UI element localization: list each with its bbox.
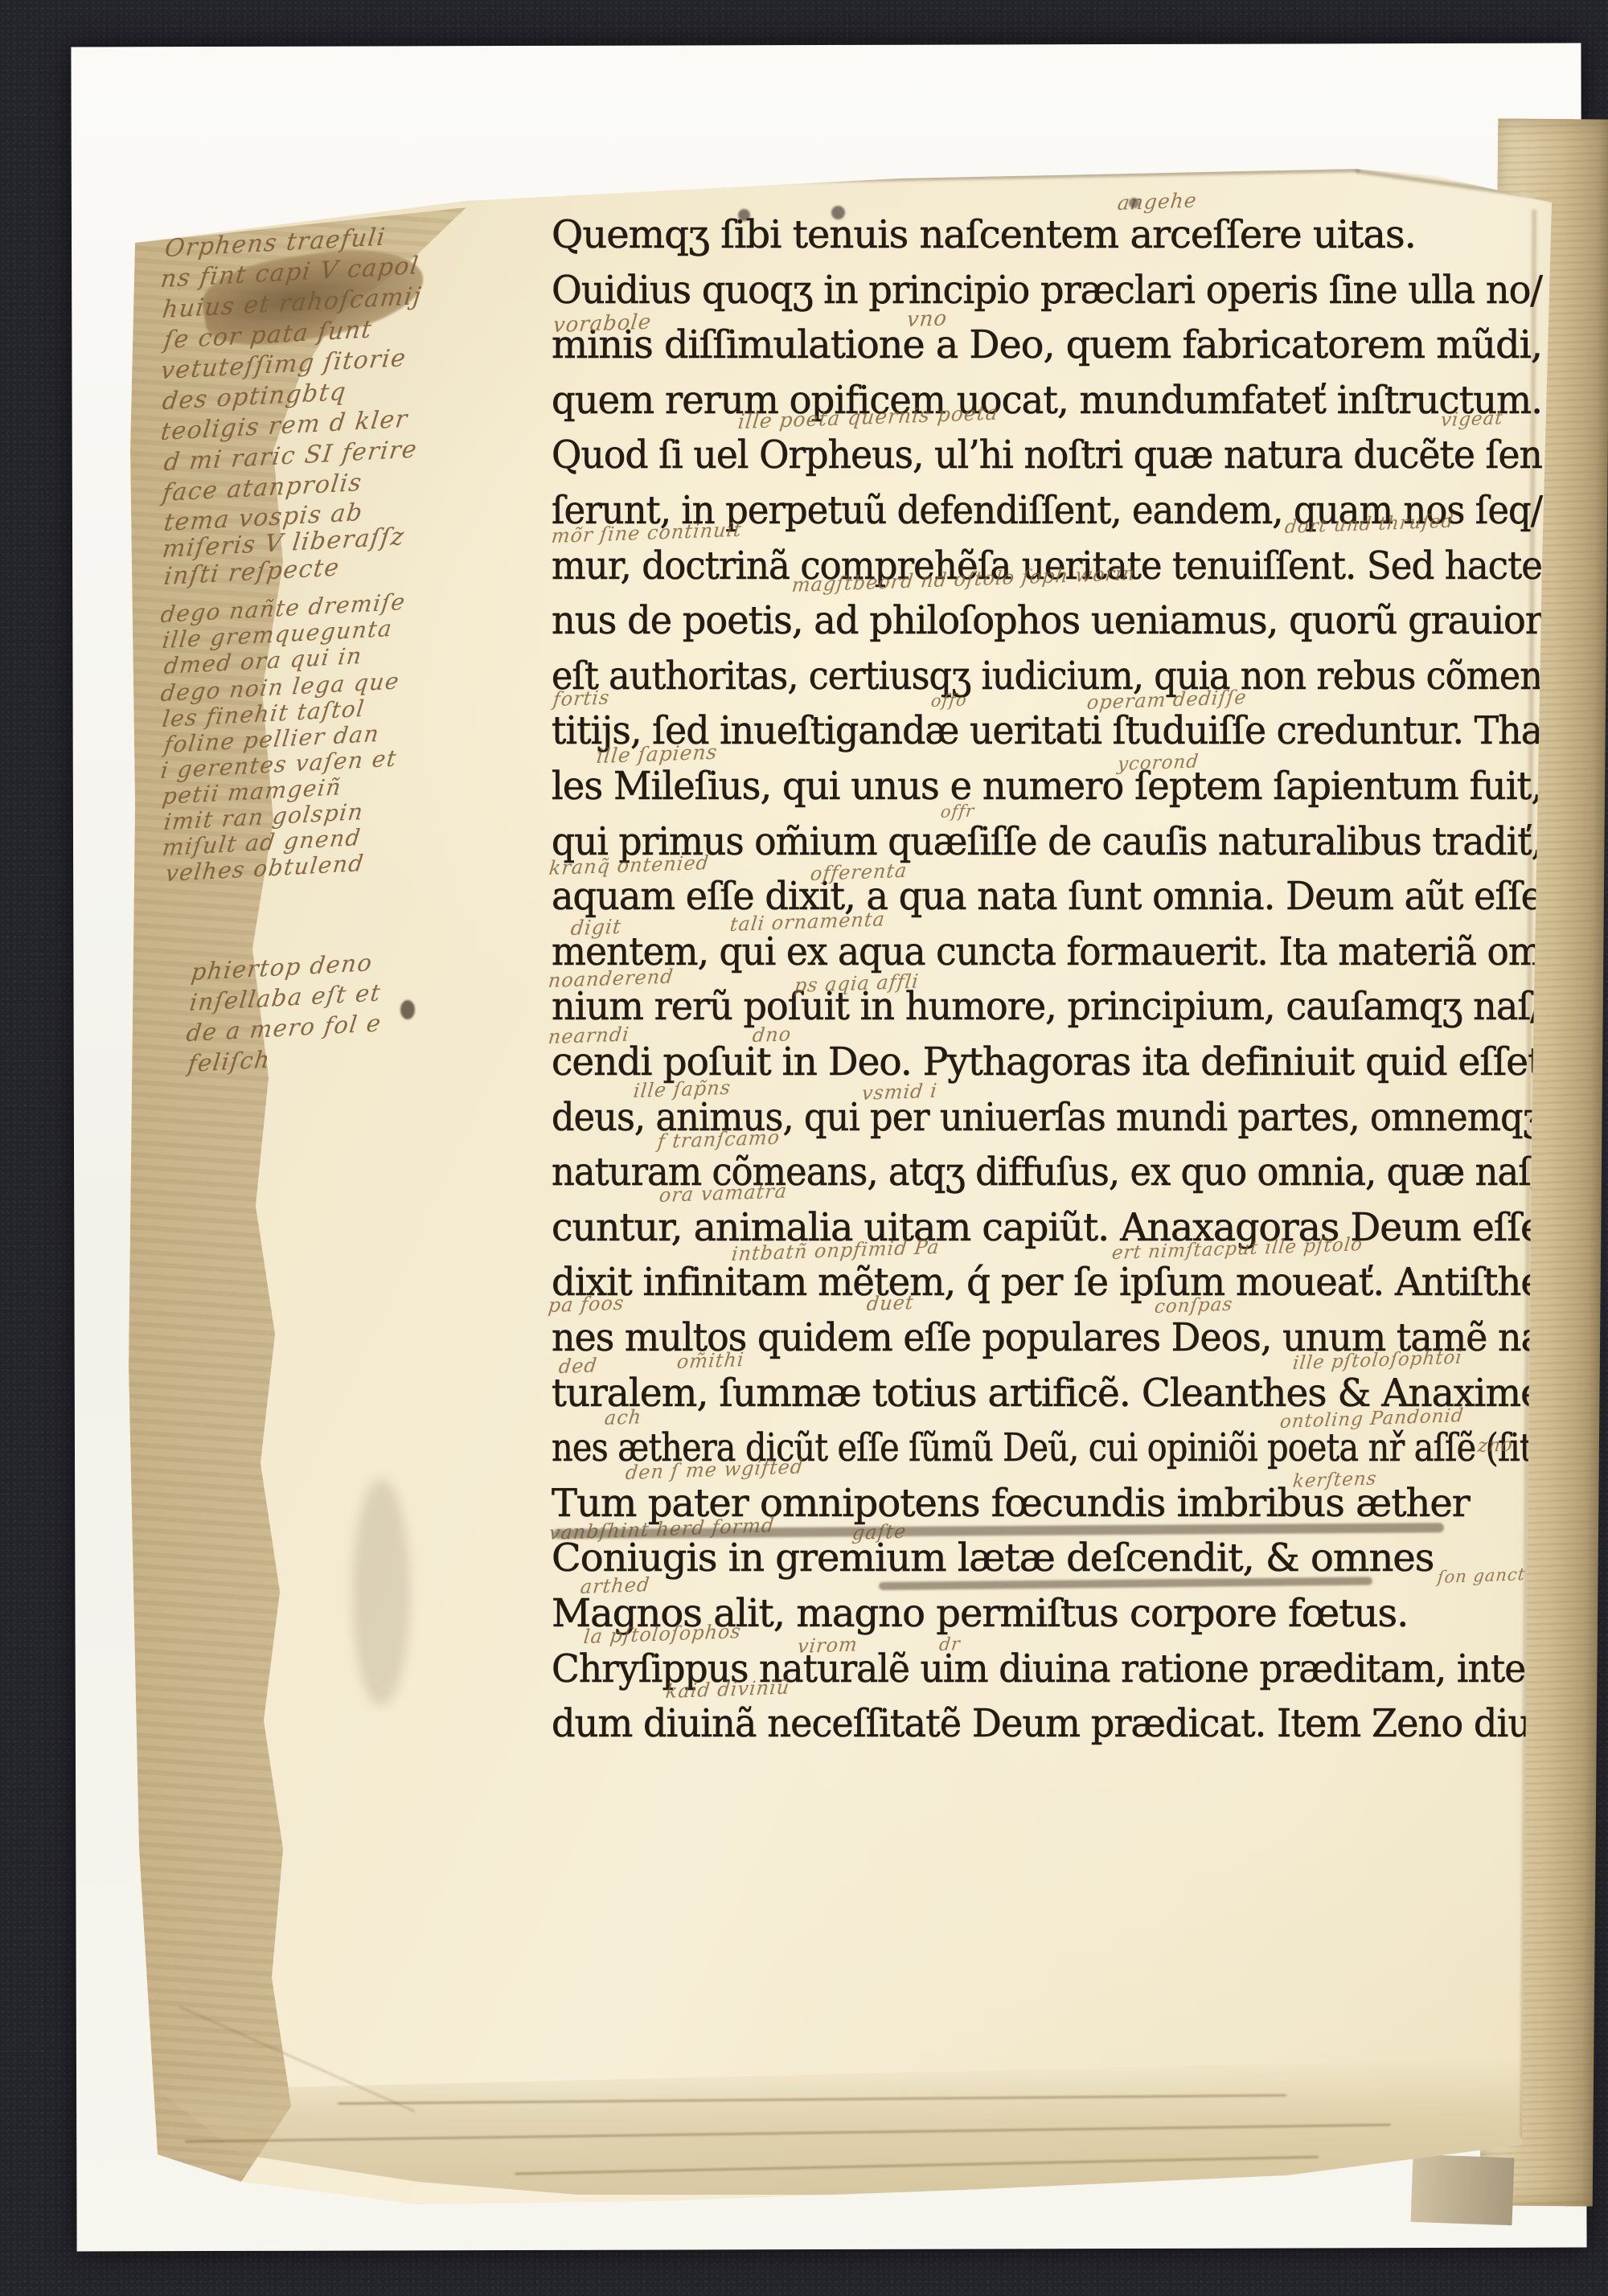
print-line: eſt authoritas, certiusqʒ iudicium, quia… bbox=[552, 657, 1542, 695]
handwritten-gloss: virom bbox=[797, 1633, 859, 1658]
ink-stain bbox=[1129, 198, 1139, 208]
handwritten-gloss: fortis bbox=[552, 686, 611, 711]
print-line: Quemqʒ ſibi tenuis naſcentem arceſſere u… bbox=[552, 215, 1416, 254]
print-line: aquam eſſe dixit, a qua nata ſunt omnia.… bbox=[552, 877, 1542, 916]
print-line: mentem, qui ex aqua cuncta formauerit. I… bbox=[552, 933, 1542, 971]
print-line: minis diſſimulatione a Deo, quem fabrica… bbox=[552, 326, 1542, 364]
handwritten-gloss: ps aqia affli bbox=[794, 970, 921, 998]
handwritten-gloss: f tranſcamo bbox=[657, 1126, 781, 1153]
print-line: cuntur, animalia uitam capiũt. Anaxagora… bbox=[552, 1208, 1542, 1247]
print-line: turalem, ſummæ totius artificẽ. Cleanthe… bbox=[552, 1374, 1542, 1412]
handwritten-gloss: ille ſapiens bbox=[595, 740, 719, 768]
handwritten-gloss: kerſtens bbox=[1292, 1468, 1378, 1492]
handwritten-gloss: arthed bbox=[580, 1573, 651, 1598]
print-line: Coniugis in gremium lætæ deſcendit, & om… bbox=[552, 1539, 1434, 1577]
print-line: dum diuinã neceſſitatẽ Deum prædicat. It… bbox=[552, 1704, 1542, 1743]
print-line: Quod ſi uel Orpheus, ul’hi noſtri quæ na… bbox=[552, 436, 1542, 474]
page-corner-wedge bbox=[1411, 2155, 1515, 2225]
ink-stain bbox=[738, 209, 750, 221]
ink-stain bbox=[831, 206, 845, 219]
handwritten-gloss: ach bbox=[604, 1405, 643, 1429]
handwritten-gloss: la pſtoloſophos bbox=[583, 1620, 743, 1648]
handwritten-gloss: om̃ithi bbox=[676, 1348, 746, 1373]
handwritten-gloss: ille ſap̃ns bbox=[633, 1076, 732, 1102]
handwritten-gloss: vno bbox=[905, 306, 948, 332]
handwritten-gloss: duet bbox=[866, 1291, 916, 1315]
handwritten-gloss: kaid diviniū bbox=[665, 1676, 791, 1704]
handwritten-gloss: nearndi bbox=[548, 1023, 631, 1048]
handwritten-gloss: conſpas bbox=[1154, 1294, 1234, 1318]
handwritten-gloss: digit bbox=[569, 915, 622, 940]
ink-stain bbox=[352, 1479, 410, 1706]
handwritten-gloss: vigeat bbox=[1440, 408, 1504, 431]
handwritten-gloss: offerenta bbox=[810, 859, 909, 885]
print-line: nus de poetis, ad philoſophos ueniamus, … bbox=[552, 601, 1542, 640]
handwritten-gloss: ycorond bbox=[1117, 751, 1200, 775]
handwritten-gloss: ora vamatra bbox=[658, 1179, 789, 1207]
handwritten-gloss: dno bbox=[752, 1023, 793, 1047]
handwritten-gloss: ded bbox=[558, 1354, 599, 1378]
print-line: cendi poſuit in Deo. Pythagoras ita defi… bbox=[552, 1043, 1542, 1081]
print-line: Ouidius quoqʒ in principio præclari oper… bbox=[552, 271, 1542, 310]
handwritten-gloss: vorabole bbox=[552, 310, 652, 338]
print-line: quem rerum opificem uocat, mundumfateť i… bbox=[552, 381, 1542, 420]
print-line: nium rerũ poſuit in humore, principium, … bbox=[552, 987, 1542, 1026]
print-line: les Mileſius, qui unus e numero ſeptem ſ… bbox=[552, 767, 1542, 806]
scanned-book-photograph: Quemqʒ ſibi tenuis naſcentem arceſſere u… bbox=[0, 0, 1608, 2296]
handwritten-gloss: vsmid i bbox=[861, 1080, 939, 1105]
handwritten-gloss: offo bbox=[930, 690, 968, 711]
handwritten-gloss: zno bbox=[1477, 1434, 1514, 1457]
print-line: dixit infinitam mẽtem, q́ per ſe ipſum m… bbox=[552, 1263, 1542, 1302]
handwritten-gloss: dr bbox=[938, 1634, 962, 1655]
margin-note-line: feliſch bbox=[187, 1045, 273, 1077]
handwritten-gloss: offr bbox=[940, 801, 976, 822]
ink-stain bbox=[400, 1000, 415, 1019]
manuscript-page: Quemqʒ ſibi tenuis naſcentem arceſſere u… bbox=[0, 0, 1608, 2296]
handwritten-gloss: noanderend bbox=[548, 966, 675, 993]
handwritten-gloss: pa foos bbox=[548, 1292, 626, 1317]
